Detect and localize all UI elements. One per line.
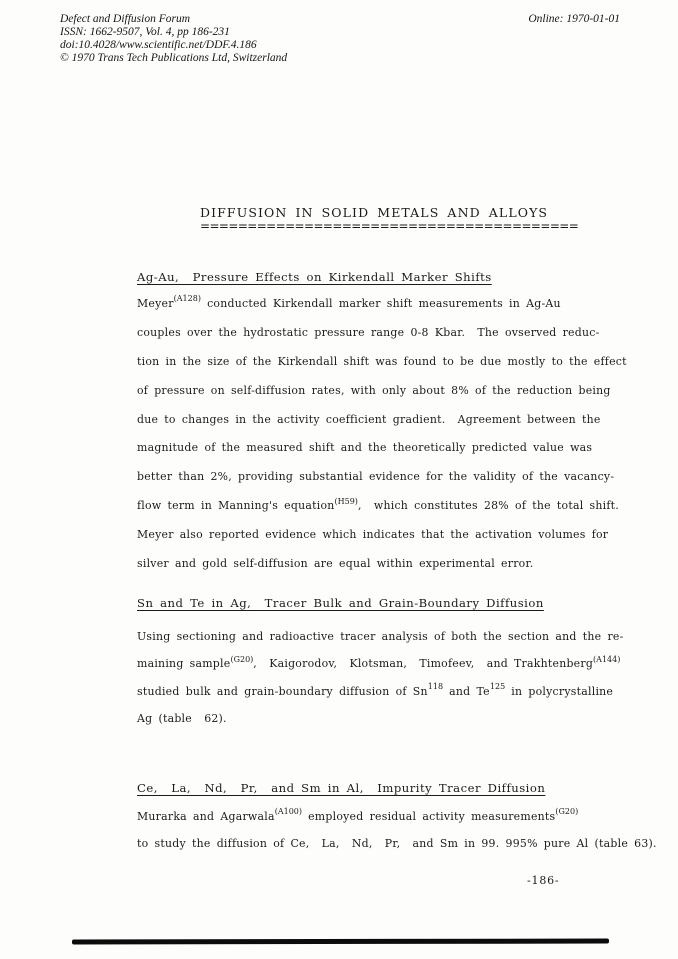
document-title: DIFFUSION IN SOLID METALS AND ALLOYS — [200, 205, 548, 220]
paragraph-line: Using sectioning and radioactive tracer … — [137, 630, 624, 657]
paragraph-line: of pressure on self-diffusion rates, wit… — [137, 384, 627, 413]
paragraph-line: silver and gold self-diffusion are equal… — [137, 557, 627, 586]
paragraph-line: Meyer also reported evidence which indic… — [137, 528, 627, 557]
paragraph-line: Murarka and Agarwala(A100) employed resi… — [137, 810, 657, 837]
doi-line: doi:10.4028/www.scientific.net/DDF.4.186 — [60, 39, 287, 52]
paragraph-line: due to changes in the activity coefficie… — [137, 413, 627, 442]
page-number: -186- — [527, 874, 559, 887]
section-heading-ce-la-nd-pr-sm-al: Ce, La, Nd, Pr, and Sm in Al, Impurity T… — [137, 781, 545, 795]
section-heading-ag-au: Ag-Au, Pressure Effects on Kirkendall Ma… — [137, 270, 492, 284]
paragraph-line: magnitude of the measured shift and the … — [137, 441, 627, 470]
section-paragraph-ag-au: Meyer(A128) conducted Kirkendall marker … — [137, 297, 627, 586]
journal-name: Defect and Diffusion Forum — [60, 13, 287, 26]
online-date: Online: 1970-01-01 — [528, 13, 620, 65]
footer-scan-bar — [72, 939, 609, 945]
paragraph-line: studied bulk and grain-boundary diffusio… — [137, 685, 624, 712]
paragraph-line: couples over the hydrostatic pressure ra… — [137, 326, 627, 355]
paragraph-line: better than 2%, providing substantial ev… — [137, 470, 627, 499]
journal-header: Defect and Diffusion Forum ISSN: 1662-95… — [60, 13, 620, 65]
scanned-paper-page: Defect and Diffusion Forum ISSN: 1662-95… — [0, 0, 678, 959]
title-underline-rule: ======================================== — [200, 219, 578, 233]
copyright-line: © 1970 Trans Tech Publications Ltd, Swit… — [60, 52, 287, 65]
paragraph-line: maining sample(G20), Kaigorodov, Klotsma… — [137, 657, 624, 684]
section-heading-sn-te-ag: Sn and Te in Ag, Tracer Bulk and Grain-B… — [137, 596, 544, 610]
paragraph-line: Ag (table 62). — [137, 712, 624, 739]
paragraph-line: tion in the size of the Kirkendall shift… — [137, 355, 627, 384]
journal-meta-block: Defect and Diffusion Forum ISSN: 1662-95… — [60, 13, 287, 65]
section-paragraph-ce-la-nd-pr-sm-al: Murarka and Agarwala(A100) employed resi… — [137, 810, 657, 865]
paragraph-line: Meyer(A128) conducted Kirkendall marker … — [137, 297, 627, 326]
paragraph-line: flow term in Manning's equation(H59), wh… — [137, 499, 627, 528]
paragraph-line: to study the diffusion of Ce, La, Nd, Pr… — [137, 837, 657, 864]
section-paragraph-sn-te-ag: Using sectioning and radioactive tracer … — [137, 630, 624, 740]
issn-volume-line: ISSN: 1662-9507, Vol. 4, pp 186-231 — [60, 26, 287, 39]
